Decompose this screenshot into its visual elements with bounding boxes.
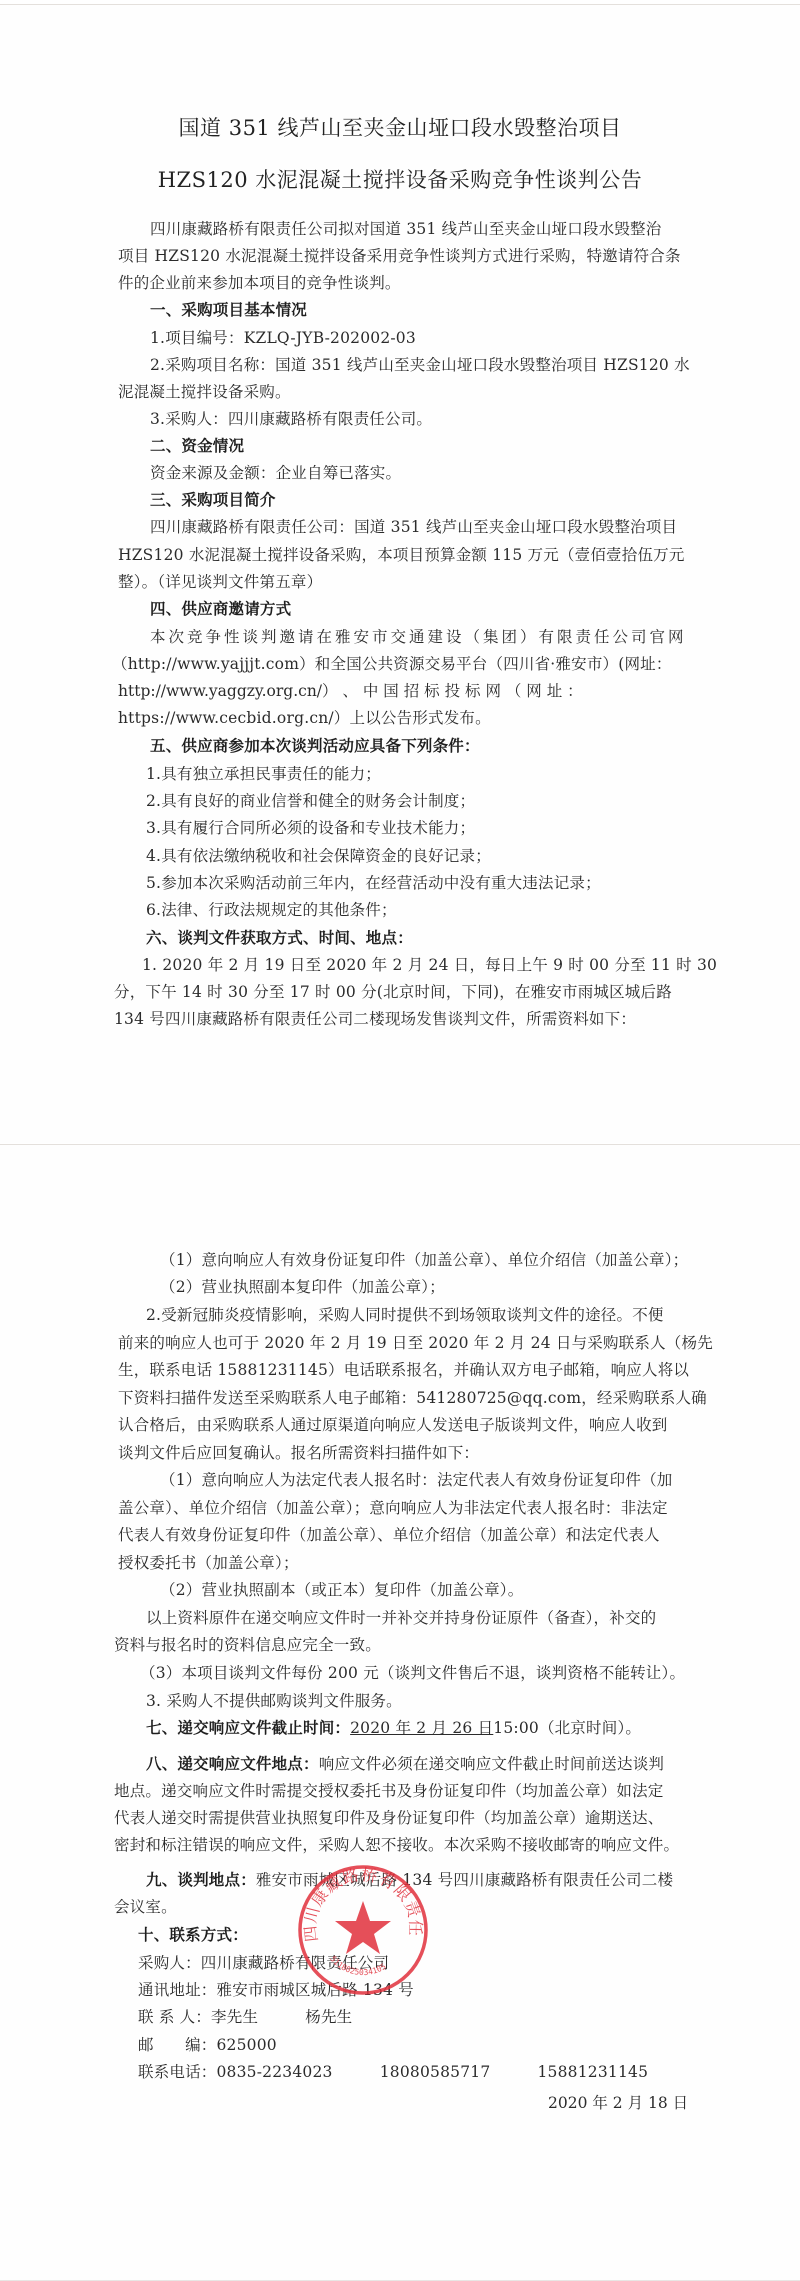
contact-person: 联 系 人：李先生 杨先生	[138, 2007, 666, 2027]
intro-line: 项目 HZS120 水泥混凝土搅拌设备采用竞争性谈判方式进行采购，特邀请符合条	[118, 246, 678, 266]
original-docs-note: 以上资料原件在递交响应文件时一并补交并持身份证原件（备查），补交的	[146, 1608, 674, 1628]
section-heading-9: 九、谈判地点：	[146, 1870, 256, 1889]
project-number: 1.项目编号：KZLQ-JYB-202002-03	[150, 328, 678, 348]
seal-icon: 四川康藏路桥有限责任公司 5118025034105	[296, 1863, 430, 1997]
invitation-link-line[interactable]: https://www.cecbid.org.cn/）上以公告形式发布。	[118, 708, 678, 728]
section-heading-7: 七、递交响应文件截止时间：	[146, 1718, 350, 1737]
remote-registration-line: 前来的响应人也可于 2020 年 2 月 19 日至 2020 年 2 月 24…	[118, 1333, 678, 1353]
remote-registration-line: 谈判文件后应回复确认。报名所需资料扫描件如下：	[118, 1443, 678, 1463]
remote-registration-line: 认合格后，由采购联系人通过原渠道向响应人发送电子版谈判文件，响应人收到	[118, 1415, 678, 1435]
issue-date: 2020 年 2 月 18 日	[548, 2093, 688, 2113]
project-summary-line: HZS120 水泥混凝土搅拌设备采购，本项目预算金额 115 万元（壹佰壹拾伍万…	[118, 545, 678, 565]
contact-postcode: 邮 编：625000	[138, 2035, 666, 2055]
scan-requirement-line: 授权委托书（加盖公章）；	[118, 1553, 678, 1573]
scan-requirement-line: 盖公章）、单位介绍信（加盖公章）；意向响应人为非法定代表人报名时：非法定	[118, 1498, 678, 1518]
section-heading-6: 六、谈判文件获取方式、时间、地点：	[146, 928, 674, 948]
invitation-line: 本次竞争性谈判邀请在雅安市交通建设（集团）有限责任公司官网	[150, 627, 678, 647]
acquisition-line: 134 号四川康藏路桥有限责任公司二楼现场发售谈判文件，所需资料如下：	[114, 1009, 674, 1029]
section-heading-4: 四、供应商邀请方式	[150, 599, 678, 619]
seal-number: 5118025034105	[328, 1954, 387, 1977]
remote-registration-line: 生，联系电话 15881231145）电话联系报名，并确认双方电子邮箱，响应人将…	[118, 1360, 678, 1380]
purchaser: 3.采购人：四川康藏路桥有限责任公司。	[150, 409, 678, 429]
acquisition-line: 1. 2020 年 2 月 19 日至 2020 年 2 月 24 日，每日上午…	[142, 955, 670, 975]
svg-text:5118025034105: 5118025034105	[328, 1954, 387, 1977]
contact-phones: 联系电话：0835-2234023 18080585717 1588123114…	[138, 2062, 666, 2082]
section-heading-5: 五、供应商参加本次谈判活动应具备下列条件：	[150, 736, 678, 756]
acquisition-line: 分，下午 14 时 30 分至 17 时 00 分(北京时间，下同)，在雅安市雨…	[114, 982, 674, 1002]
scan-requirement-line: 代表人有效身份证复印件（加盖公章）、单位介绍信（加盖公章）和法定代表人	[118, 1525, 678, 1545]
submission-location-text: 响应文件必须在递交响应文件截止时间前送达谈判	[319, 1755, 664, 1773]
original-docs-note: 资料与报名时的资料信息应完全一致。	[114, 1635, 674, 1655]
condition-item: 1.具有独立承担民事责任的能力；	[146, 764, 674, 784]
section-heading-8: 八、递交响应文件地点：	[146, 1754, 319, 1773]
document-fee: （3）本项目谈判文件每份 200 元（谈判文件售后不退，谈判资格不能转让）。	[140, 1663, 668, 1683]
intro-line: 四川康藏路桥有限责任公司拟对国道 351 线芦山至夹金山垭口段水毁整治	[150, 219, 678, 239]
condition-item: 2.具有良好的商业信誉和健全的财务会计制度；	[146, 791, 674, 811]
submission-location-line: 地点。递交响应文件时需提交授权委托书及身份证复印件（均加盖公章）如法定	[114, 1781, 674, 1801]
submission-location: 八、递交响应文件地点：响应文件必须在递交响应文件截止时间前送达谈判	[146, 1754, 674, 1774]
section-heading-2: 二、资金情况	[150, 436, 678, 456]
invitation-link-line[interactable]: http://www.yaggzy.org.cn/） 、 中 国 招 标 投 标…	[118, 681, 678, 701]
condition-item: 3.具有履行合同所必须的设备和专业技术能力；	[146, 818, 674, 838]
remote-registration-line: 下资料扫描件发送至采购联系人电子邮箱：541280725@qq.com，经采购联…	[118, 1388, 678, 1408]
project-name: 2.采购项目名称：国道 351 线芦山至夹金山垭口段水毁整治项目 HZS120 …	[150, 355, 678, 375]
submission-deadline: 七、递交响应文件截止时间：2020 年 2 月 26 日15:00（北京时间）。	[146, 1718, 674, 1738]
remote-registration-line: 2.受新冠肺炎疫情影响，采购人同时提供不到场领取谈判文件的途径。不便	[146, 1305, 674, 1325]
requirement-item: （1）意向响应人有效身份证复印件（加盖公章）、单位介绍信（加盖公章）；	[160, 1250, 680, 1270]
project-summary-line: 整）。（详见谈判文件第五章）	[118, 572, 678, 592]
condition-item: 5.参加本次采购活动前三年内，在经营活动中没有重大违法记录；	[146, 873, 674, 893]
no-mail-order: 3. 采购人不提供邮购谈判文件服务。	[146, 1691, 674, 1711]
condition-item: 6.法律、行政法规规定的其他条件；	[146, 900, 674, 920]
company-seal-stamp: 四川康藏路桥有限责任公司 5118025034105	[296, 1863, 430, 1997]
funding-source: 资金来源及金额：企业自筹已落实。	[150, 463, 678, 483]
submission-location-line: 密封和标注错误的响应文件，采购人恕不接收。本次采购不接收邮寄的响应文件。	[114, 1835, 674, 1855]
requirement-item: （2）营业执照副本复印件（加盖公章）；	[160, 1277, 680, 1297]
section-heading-3: 三、采购项目简介	[150, 490, 678, 510]
deadline-date: 2020 年 2 月 26 日	[350, 1719, 493, 1737]
submission-location-line: 代表人递交时需提供营业执照复印件及身份证复印件（均加盖公章）逾期送达、	[114, 1808, 674, 1828]
section-heading-1: 一、采购项目基本情况	[150, 300, 678, 320]
project-summary-line: 四川康藏路桥有限责任公司：国道 351 线芦山至夹金山垭口段水毁整治项目	[150, 517, 678, 537]
project-name-cont: 泥混凝土搅拌设备采购。	[118, 382, 678, 402]
intro-line: 件的企业前来参加本项目的竞争性谈判。	[118, 273, 678, 293]
deadline-time: 15:00（北京时间）。	[493, 1719, 641, 1737]
condition-item: 4.具有依法缴纳税收和社会保障资金的良好记录；	[146, 846, 674, 866]
document-title-line1: 国道 351 线芦山至夹金山垭口段水毁整治项目	[0, 114, 800, 142]
scan-requirement-line: （1）意向响应人为法定代表人报名时：法定代表人有效身份证复印件（加	[160, 1470, 680, 1490]
document-title-line2: HZS120 水泥混凝土搅拌设备采购竞争性谈判公告	[0, 166, 800, 194]
scan-requirement-item: （2）营业执照副本（或正本）复印件（加盖公章）。	[160, 1580, 680, 1600]
invitation-link-line[interactable]: （http://www.yajjjt.com）和全国公共资源交易平台（四川省·雅…	[112, 654, 672, 674]
